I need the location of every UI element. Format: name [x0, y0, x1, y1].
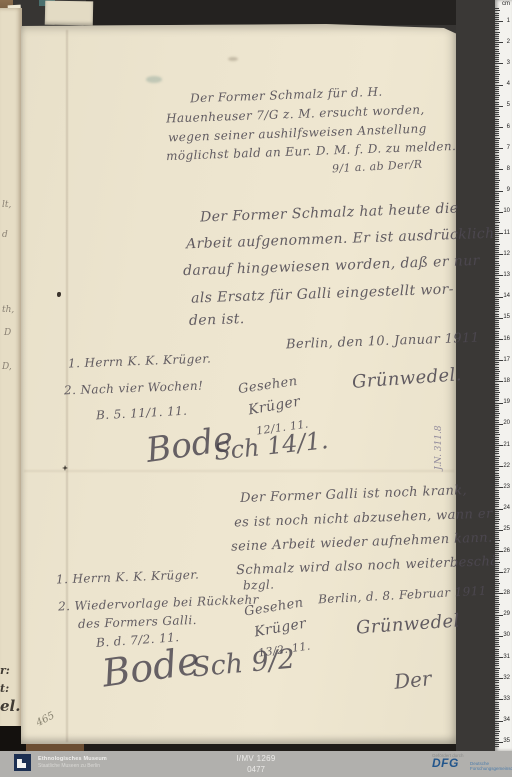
ruler-tick: [495, 659, 499, 660]
ruler-tick: [495, 744, 499, 745]
ruler-tick: [495, 415, 499, 416]
ruler-tick: [495, 509, 503, 510]
page-slip: [45, 1, 93, 26]
ruler-number: 22: [503, 463, 510, 469]
ruler-tick: [495, 373, 499, 374]
ruler-tick: [495, 481, 499, 482]
ruler-tick: [495, 284, 499, 285]
ruler-tick: [495, 704, 499, 705]
ruler-tick: [495, 343, 499, 344]
ruler-tick: [495, 167, 499, 168]
ruler-tick: [495, 528, 499, 529]
ruler-tick: [495, 621, 499, 622]
ruler-tick: [495, 649, 499, 650]
ruler-number: 24: [503, 505, 510, 511]
ruler-number: 3: [507, 60, 510, 66]
ruler-tick: [495, 589, 499, 590]
ruler-tick: [495, 572, 503, 573]
ruler-tick: [495, 307, 500, 308]
ruler-tick: [495, 447, 499, 448]
ruler-tick: [495, 34, 499, 35]
ruler-tick: [495, 199, 499, 200]
ruler-tick: [495, 403, 503, 404]
ruler-tick: [495, 665, 499, 666]
ruler-tick: [495, 72, 499, 73]
ruler-tick: [495, 258, 499, 259]
ink-speck: [228, 57, 238, 61]
ruler-tick: [495, 8, 499, 9]
ruler-tick: [495, 394, 499, 395]
handwriting-line: den ist.: [189, 311, 245, 329]
ruler-tick: [495, 536, 499, 537]
ruler-tick: [495, 606, 499, 607]
ruler-tick: [495, 163, 499, 164]
ruler-tick: [495, 619, 499, 620]
ruler-tick: [495, 288, 499, 289]
ruler-tick: [495, 479, 499, 480]
ruler-tick: [495, 526, 499, 527]
ruler-tick: [495, 574, 499, 575]
ruler-tick: [495, 271, 499, 272]
ruler-tick: [495, 63, 503, 64]
ruler-tick: [495, 437, 499, 438]
ruler-tick: [495, 19, 499, 20]
ruler-tick: [495, 564, 499, 565]
ruler-tick: [495, 23, 499, 24]
ruler-tick: [495, 305, 499, 306]
ruler-tick: [495, 21, 503, 22]
ruler-tick: [495, 731, 500, 732]
ruler-tick: [495, 193, 499, 194]
ruler-tick: [495, 740, 499, 741]
ruler-tick: [495, 273, 499, 274]
ruler-tick: [495, 15, 499, 16]
ruler-tick: [495, 248, 499, 249]
ruler-tick: [495, 176, 499, 177]
ruler-number: 32: [503, 675, 510, 681]
ruler-tick: [495, 197, 499, 198]
ruler-tick: [495, 456, 500, 457]
ruler-tick: [495, 341, 499, 342]
ruler-tick: [495, 511, 499, 512]
ruler-number: 29: [503, 611, 510, 617]
ruler-tick: [495, 231, 499, 232]
ruler-tick: [495, 583, 500, 584]
ruler-tick: [495, 297, 503, 298]
ruler-tick: [495, 131, 499, 132]
ruler-tick: [495, 727, 499, 728]
ruler-tick: [495, 229, 499, 230]
ruler-tick: [495, 557, 499, 558]
ruler-tick: [495, 216, 499, 217]
ruler-tick: [495, 424, 503, 425]
ruler-tick: [495, 51, 499, 52]
ruler-tick: [495, 95, 500, 96]
ruler-tick: [495, 237, 499, 238]
ruler-tick: [495, 502, 499, 503]
ruler-tick: [495, 388, 499, 389]
ruler-tick: [495, 142, 499, 143]
ruler-tick: [495, 112, 499, 113]
ruler-tick: [495, 396, 499, 397]
ruler-tick: [495, 352, 499, 353]
ruler-tick: [495, 254, 503, 255]
ruler-number: 5: [507, 102, 510, 108]
ruler-tick: [495, 70, 499, 71]
ruler-tick: [495, 602, 499, 603]
ruler-tick: [495, 434, 500, 435]
ruler-number: 27: [503, 569, 510, 575]
ruler-tick: [495, 46, 499, 47]
ruler-tick: [495, 275, 503, 276]
ruler-tick: [495, 350, 500, 351]
ruler-tick: [495, 311, 499, 312]
ruler-tick: [495, 157, 499, 158]
ruler-tick: [495, 49, 499, 50]
edge-writing-fragment: D: [4, 328, 11, 338]
signature-flourish: Der: [393, 666, 433, 694]
ruler-tick: [495, 256, 499, 257]
ruler-tick: [495, 32, 500, 33]
ruler-tick: [495, 17, 499, 18]
ruler-tick: [495, 36, 499, 37]
ruler-tick: [495, 449, 499, 450]
ruler-tick: [495, 540, 500, 541]
ruler-tick: [495, 617, 499, 618]
ruler-tick: [495, 746, 499, 747]
ruler-tick: [495, 66, 499, 67]
ruler-number: 34: [503, 717, 510, 723]
ruler-tick: [495, 384, 499, 385]
ruler-tick: [495, 661, 499, 662]
ruler-tick: [495, 598, 499, 599]
ruler-tick: [495, 74, 500, 75]
ruler-tick: [495, 155, 499, 156]
ruler-tick: [495, 439, 499, 440]
ruler-tick: [495, 515, 499, 516]
ruler-tick: [495, 672, 499, 673]
ruler-number: 33: [503, 696, 510, 702]
underlying-page-edge: [0, 8, 22, 741]
ruler-tick: [495, 371, 500, 372]
ruler-tick: [495, 150, 499, 151]
ruler-tick: [495, 718, 499, 719]
ruler-tick: [495, 40, 499, 41]
ruler-tick: [495, 328, 500, 329]
paper-fold-crease: [24, 470, 454, 472]
ruler-tick: [495, 475, 499, 476]
ruler-tick: [495, 697, 499, 698]
ruler-tick: [495, 301, 499, 302]
edge-writing-fragment: th,: [2, 305, 14, 315]
ruler-tick: [495, 487, 503, 488]
ruler-tick: [495, 545, 499, 546]
ruler-tick: [495, 653, 499, 654]
ruler-tick: [495, 89, 499, 90]
ruler-tick: [495, 445, 503, 446]
ruler-tick: [495, 674, 499, 675]
ruler-tick: [495, 738, 499, 739]
ruler-tick: [495, 364, 499, 365]
ruler-tick: [495, 212, 503, 213]
ruler-tick: [495, 326, 499, 327]
ruler-tick: [495, 398, 499, 399]
ruler-tick: [495, 644, 499, 645]
ruler-number: 4: [507, 81, 510, 87]
ruler-tick: [495, 638, 499, 639]
ruler-tick: [495, 443, 499, 444]
ruler-tick: [495, 165, 499, 166]
ruler-tick: [495, 551, 503, 552]
funder-name-line2: Forschungsgemeinschaft: [470, 766, 512, 771]
ruler-tick: [495, 309, 499, 310]
ruler-tick: [495, 133, 499, 134]
ruler-tick: [495, 591, 499, 592]
ruler-tick: [495, 668, 500, 669]
ruler-tick: [495, 513, 499, 514]
ruler-number: 10: [503, 208, 510, 214]
ruler-tick: [495, 432, 499, 433]
ruler-tick: [495, 27, 499, 28]
ruler-number: 30: [503, 632, 510, 638]
ruler-tick: [495, 106, 503, 107]
ruler-tick: [495, 579, 499, 580]
archival-scan-page: Der Former Schmalz für d. H. Hauenheuser…: [0, 0, 512, 777]
ruler-tick: [495, 494, 499, 495]
ruler-tick: [495, 426, 499, 427]
ruler-tick: [495, 712, 499, 713]
ruler-tick: [495, 178, 499, 179]
edge-writing-fragment: d: [2, 230, 8, 240]
ruler-tick: [495, 725, 499, 726]
ruler-tick: [495, 608, 499, 609]
funder-block: Gefördert durch DFG Deutsche Forschungsg…: [432, 753, 464, 769]
ruler-tick: [495, 25, 499, 26]
ruler-tick: [495, 13, 499, 14]
ruler-tick: [495, 735, 499, 736]
ruler-tick: [495, 523, 499, 524]
ruler-tick: [495, 390, 499, 391]
ruler-tick: [495, 369, 499, 370]
ruler-tick: [495, 642, 499, 643]
ruler-tick: [495, 91, 499, 92]
ruler-tick: [495, 543, 499, 544]
ruler-tick: [495, 292, 499, 293]
ruler-tick: [495, 331, 499, 332]
ruler-tick: [495, 470, 499, 471]
ruler-tick: [495, 55, 499, 56]
ruler-tick: [495, 400, 499, 401]
ruler-tick: [495, 218, 499, 219]
ruler-tick: [495, 82, 499, 83]
ruler-tick: [495, 691, 499, 692]
ruler-tick: [495, 294, 499, 295]
edge-writing-fragment: lt,: [2, 200, 11, 210]
ruler-tick: [495, 316, 499, 317]
ruler-tick: [495, 93, 499, 94]
ruler-tick: [495, 517, 499, 518]
ruler-tick: [495, 362, 499, 363]
ruler-tick: [495, 532, 499, 533]
ruler-tick: [495, 138, 500, 139]
ink-smudge: [146, 76, 162, 83]
ruler-tick: [495, 651, 499, 652]
ruler-tick: [495, 184, 499, 185]
ruler-tick: [495, 742, 503, 743]
ruler-tick: [495, 97, 499, 98]
ruler-tick: [495, 496, 499, 497]
ruler-tick: [495, 290, 499, 291]
ruler-tick: [495, 420, 499, 421]
ruler-tick: [495, 428, 499, 429]
ruler-number: 12: [503, 251, 510, 257]
ruler-tick: [495, 612, 499, 613]
ruler-tick: [495, 670, 499, 671]
ruler-tick: [495, 504, 499, 505]
ruler-number: 35: [503, 738, 510, 744]
ruler-tick: [495, 210, 499, 211]
ruler-tick: [495, 320, 499, 321]
ruler-tick: [495, 604, 500, 605]
ruler-tick: [495, 377, 499, 378]
ruler-tick: [495, 477, 500, 478]
ruler-tick: [495, 102, 499, 103]
ruler-tick: [495, 549, 499, 550]
ruler-tick: [495, 335, 499, 336]
ruler-number: 20: [503, 420, 510, 426]
ruler-tick: [495, 140, 499, 141]
ruler-tick: [495, 430, 499, 431]
ruler-number: 2: [507, 39, 510, 45]
ruler-tick: [495, 345, 499, 346]
edge-writing-fragment: el.: [0, 697, 20, 715]
ruler-tick: [495, 333, 499, 334]
ruler-tick: [495, 375, 499, 376]
ruler-tick: [495, 462, 499, 463]
ruler-tick: [495, 244, 500, 245]
ruler-tick: [495, 203, 499, 204]
ruler-tick: [495, 702, 499, 703]
ruler-tick: [495, 354, 499, 355]
ruler-number: 15: [503, 314, 510, 320]
ruler-tick: [495, 104, 499, 105]
ruler-tick: [495, 280, 499, 281]
edge-writing-fragment: t:: [0, 682, 9, 695]
ruler-tick: [495, 386, 499, 387]
ruler-tick: [495, 422, 499, 423]
ruler-tick: [495, 169, 503, 170]
ruler-tick: [495, 85, 503, 86]
ruler-number: 21: [503, 442, 510, 448]
ruler-tick: [495, 116, 500, 117]
ruler-tick: [495, 566, 499, 567]
ruler-tick: [495, 615, 503, 616]
ruler-tick: [495, 417, 499, 418]
ruler-tick: [495, 265, 500, 266]
ruler-tick: [495, 629, 499, 630]
ruler-number: 26: [503, 548, 510, 554]
ruler-tick: [495, 61, 499, 62]
ruler-tick: [495, 485, 499, 486]
ruler-tick: [495, 29, 499, 30]
ruler-tick: [495, 685, 499, 686]
ruler-tick: [495, 392, 500, 393]
ruler-tick: [495, 76, 499, 77]
ruler-tick: [495, 239, 499, 240]
ruler-number: 17: [503, 357, 510, 363]
ruler-unit-label: cm: [502, 1, 510, 7]
ruler-tick: [495, 146, 499, 147]
ruler-tick: [495, 678, 503, 679]
ruler-tick: [495, 267, 499, 268]
ruler-tick: [495, 490, 499, 491]
ruler: cm 1234567891011121314151617181920212223…: [495, 0, 512, 751]
ruler-tick: [495, 468, 499, 469]
ruler-tick: [495, 407, 499, 408]
ruler-tick: [495, 623, 499, 624]
ruler-tick: [495, 695, 499, 696]
ruler-tick: [495, 596, 499, 597]
ruler-tick: [495, 44, 499, 45]
ruler-tick: [495, 57, 499, 58]
ruler-tick: [495, 78, 499, 79]
ruler-tick: [495, 195, 499, 196]
ruler-tick: [495, 152, 499, 153]
ruler-tick: [495, 655, 499, 656]
ruler-tick: [495, 729, 499, 730]
ruler-tick: [495, 473, 499, 474]
ruler-tick: [495, 405, 499, 406]
ruler-tick: [495, 324, 499, 325]
ruler-tick: [495, 680, 499, 681]
ruler-tick: [495, 159, 500, 160]
ruler-tick: [495, 625, 500, 626]
ruler-tick: [495, 182, 499, 183]
ruler-tick: [495, 123, 499, 124]
ruler-tick: [495, 119, 499, 120]
ruler-tick: [495, 610, 499, 611]
ruler-tick: [495, 367, 499, 368]
dfg-logo: DFG: [432, 758, 464, 769]
ruler-tick: [495, 356, 499, 357]
ruler-tick: [495, 530, 503, 531]
ruler-tick: [495, 186, 499, 187]
ruler-tick: [495, 148, 503, 149]
ruler-tick: [495, 453, 499, 454]
ruler-tick: [495, 110, 499, 111]
ruler-number: 14: [503, 293, 510, 299]
ruler-tick: [495, 587, 499, 588]
ruler-tick: [495, 322, 499, 323]
ruler-number: 13: [503, 272, 510, 278]
ruler-tick: [495, 174, 499, 175]
ruler-number: 7: [507, 145, 510, 151]
ruler-tick: [495, 693, 499, 694]
ruler-tick: [495, 640, 499, 641]
ruler-tick: [495, 634, 499, 635]
ruler-tick: [495, 59, 499, 60]
ruler-tick: [495, 99, 499, 100]
ruler-tick: [495, 555, 499, 556]
ruler-tick: [495, 282, 499, 283]
ruler-tick: [495, 127, 503, 128]
ruler-tick: [495, 250, 499, 251]
ruler-tick: [495, 441, 499, 442]
ruler-tick: [495, 553, 499, 554]
ruler-number: 11: [504, 230, 510, 236]
ruler-tick: [495, 714, 499, 715]
ruler-number: 31: [503, 654, 510, 660]
